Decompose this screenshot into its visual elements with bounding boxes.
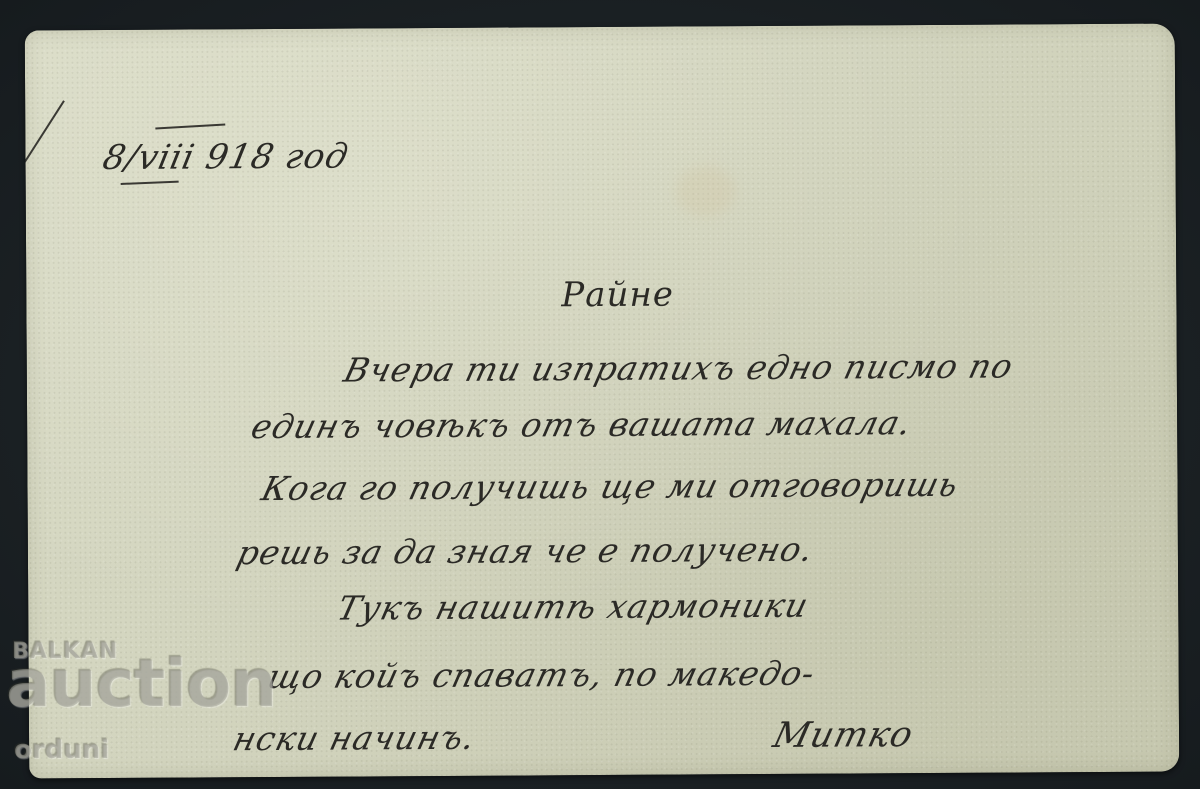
body-line: нски начинъ. — [229, 718, 480, 759]
handwritten-date: 8/viii 918 год — [99, 137, 352, 179]
date-underline-stroke — [121, 181, 179, 185]
handwritten-salutation: Райне — [561, 275, 674, 316]
paper-stain — [676, 166, 736, 216]
body-line: единъ човѣкъ отъ вашата махала. — [247, 403, 916, 446]
postcard: 8/viii 918 год Райне Вчера ти изпратихъ … — [25, 23, 1180, 778]
body-line: решь за да зная че е получено. — [233, 530, 818, 573]
photo-background: 8/viii 918 год Райне Вчера ти изпратихъ … — [0, 0, 1200, 789]
date-overline-stroke — [155, 123, 225, 129]
handwritten-signature: Митко — [769, 715, 917, 756]
body-line: що койъ спаватъ, по македо- — [264, 654, 820, 696]
date-slash-stroke — [25, 100, 65, 227]
body-line: Тукъ нашитѣ хармоники — [334, 586, 813, 628]
body-line: Кога го получишь ще ми отговоришь — [258, 465, 963, 508]
body-line: Вчера ти изпратихъ едно писмо по — [340, 346, 1017, 389]
